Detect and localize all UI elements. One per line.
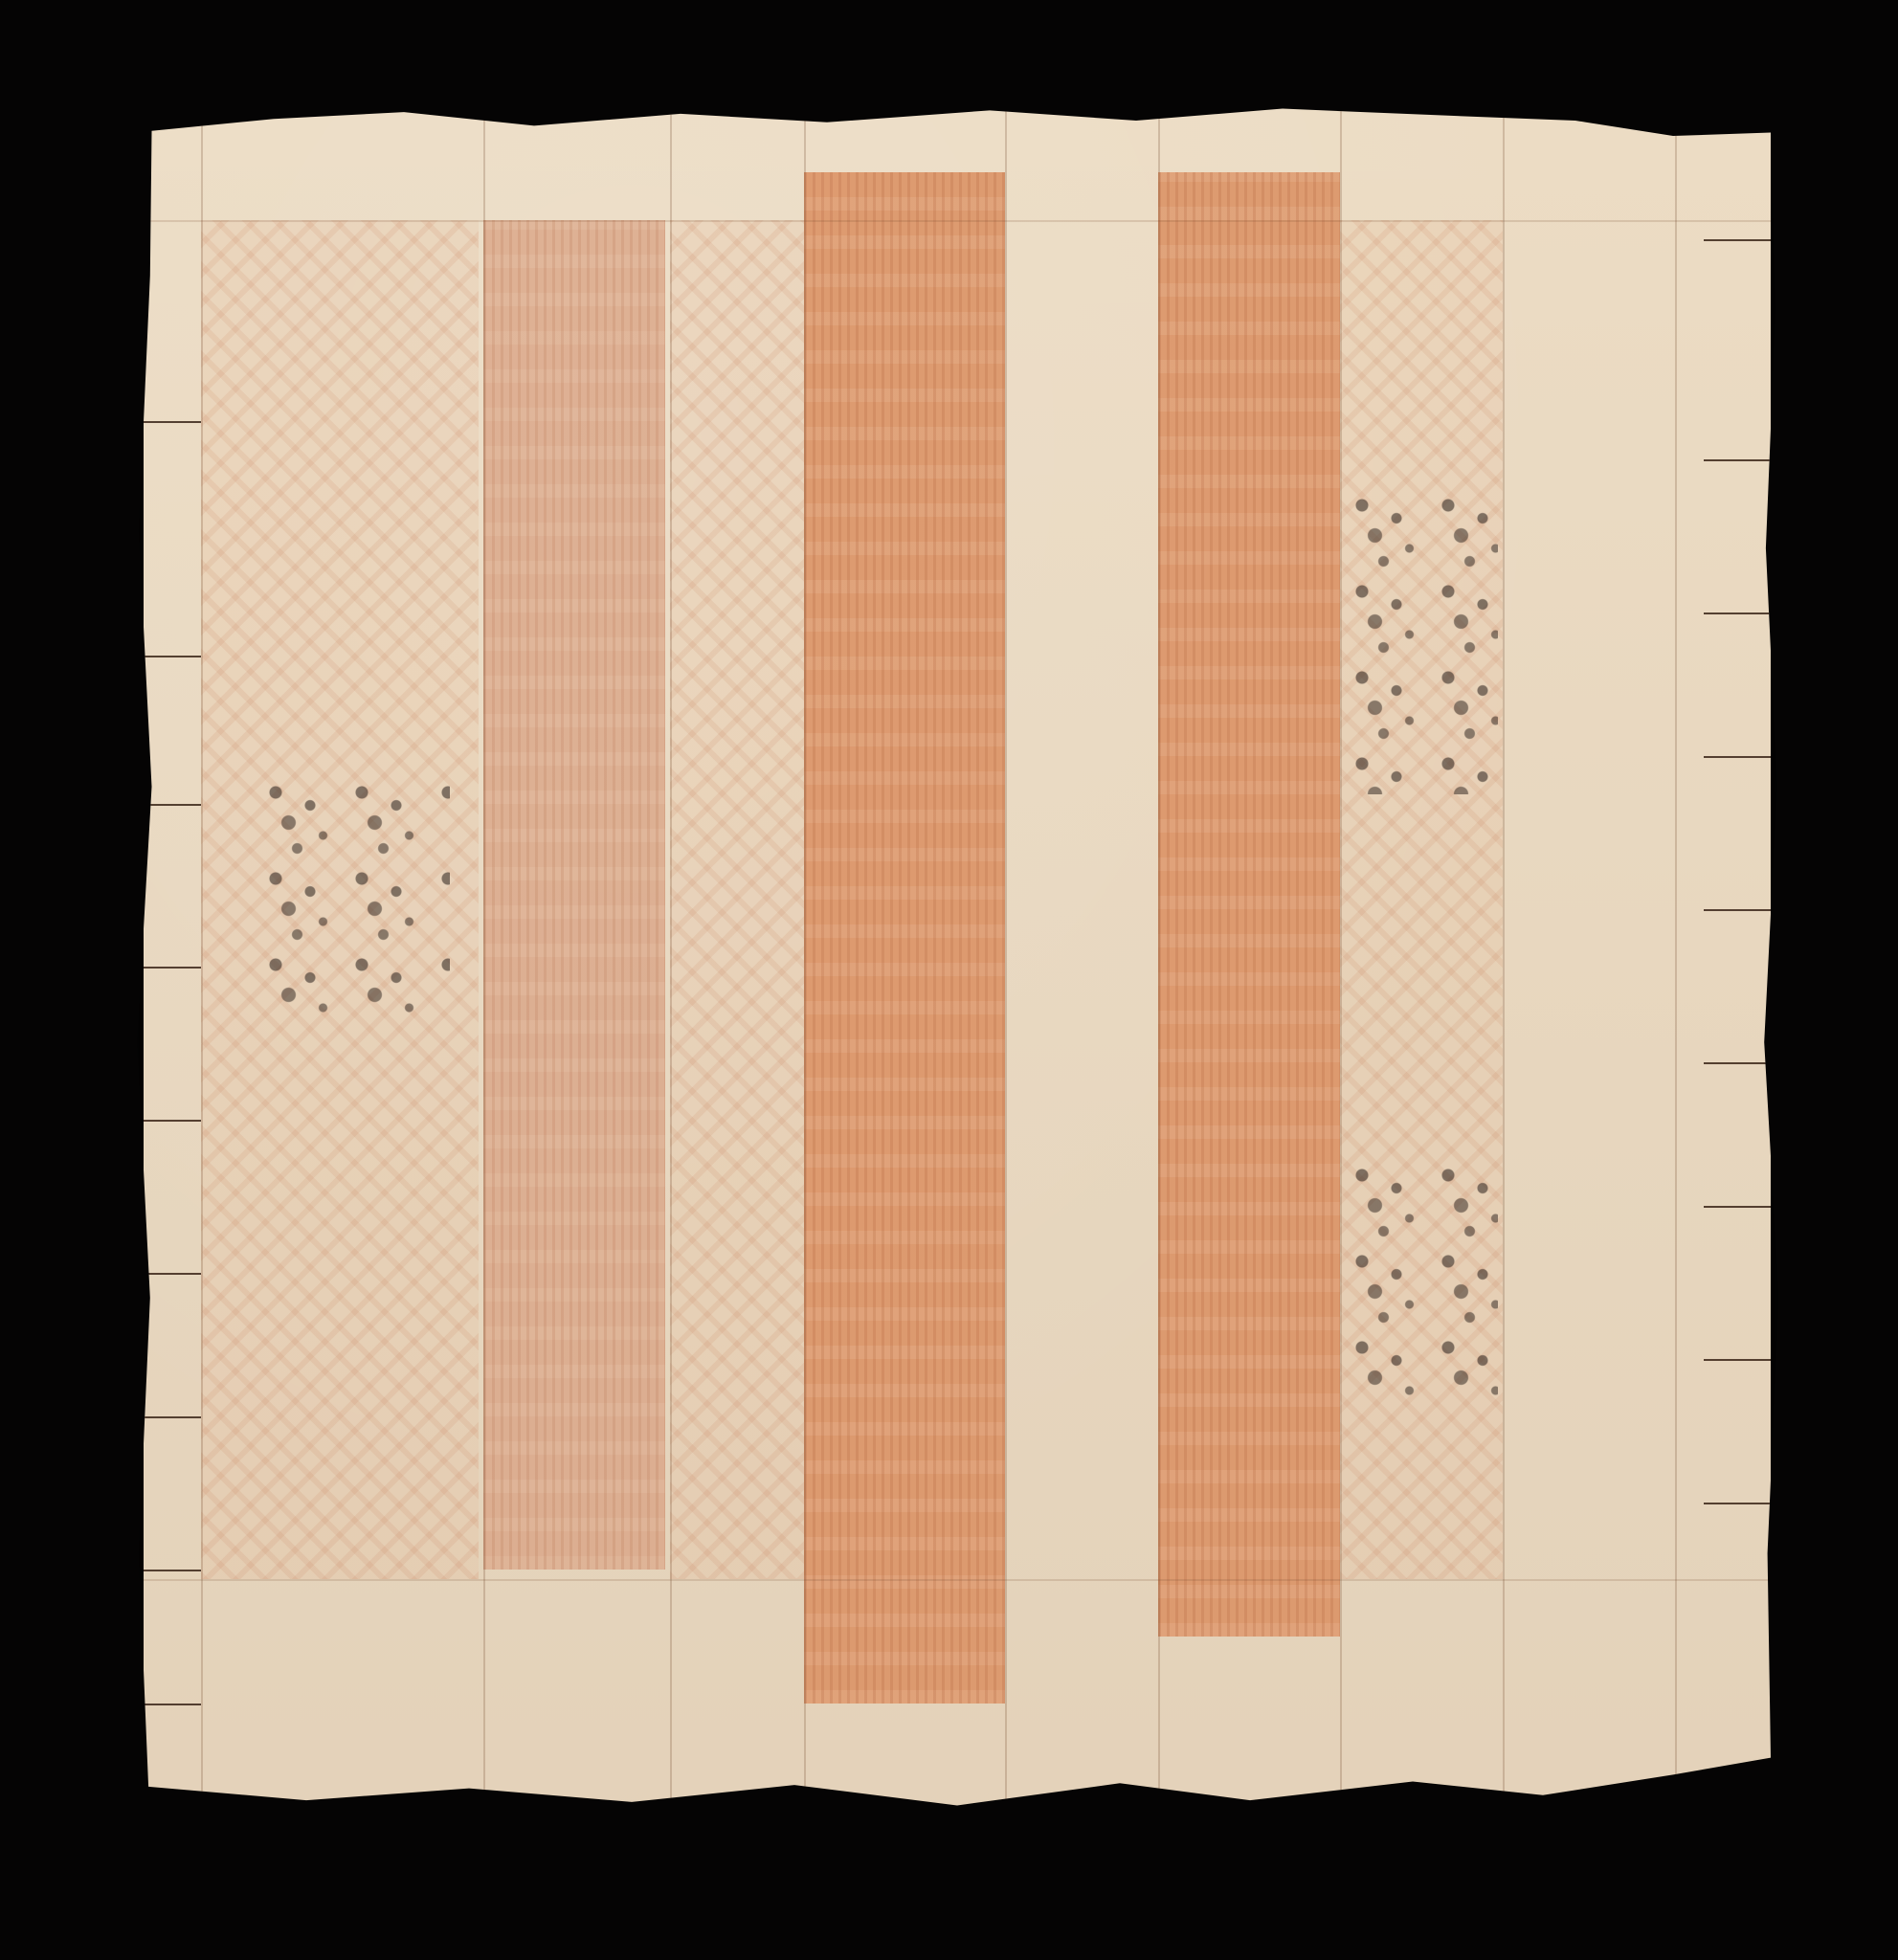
stripe-right — [1158, 172, 1340, 1637]
vertical-seam — [1503, 105, 1505, 1809]
left-edge-tick — [144, 1273, 201, 1275]
vertical-seam — [1158, 105, 1160, 1809]
horizontal-seam — [144, 1579, 1771, 1581]
right-edge-tick — [1704, 1062, 1771, 1064]
pattern-mid — [670, 220, 804, 1579]
left-edge-tick — [144, 656, 201, 657]
stripe-center — [804, 172, 1005, 1704]
stripe-left-inner — [483, 220, 665, 1570]
marks-left — [258, 775, 450, 1014]
right-edge-tick — [1704, 909, 1771, 911]
left-edge-tick — [144, 1416, 201, 1418]
left-edge-tick — [144, 1704, 201, 1705]
vertical-seam — [670, 105, 672, 1809]
bark-cloth-textile — [144, 105, 1771, 1809]
horizontal-seam — [144, 220, 1771, 222]
right-edge-tick — [1704, 612, 1771, 614]
marks-right-upper — [1345, 488, 1498, 794]
left-edge-tick — [144, 421, 201, 423]
left-edge-tick — [144, 967, 201, 969]
right-edge-tick — [1704, 756, 1771, 758]
right-edge-tick — [1704, 239, 1771, 241]
left-edge-tick — [144, 1120, 201, 1122]
vertical-seam — [804, 105, 806, 1809]
right-edge-tick — [1704, 459, 1771, 461]
vertical-seam — [483, 105, 485, 1809]
right-edge-tick — [1704, 1359, 1771, 1361]
left-edge-tick — [144, 1570, 201, 1571]
left-edge-tick — [144, 804, 201, 806]
vertical-seam — [1340, 105, 1342, 1809]
right-edge-tick — [1704, 1503, 1771, 1504]
marks-right-lower — [1345, 1158, 1498, 1397]
vertical-seam — [1005, 105, 1007, 1809]
right-edge-tick — [1704, 1206, 1771, 1208]
vertical-seam — [201, 105, 203, 1809]
vertical-seam — [1675, 105, 1677, 1809]
